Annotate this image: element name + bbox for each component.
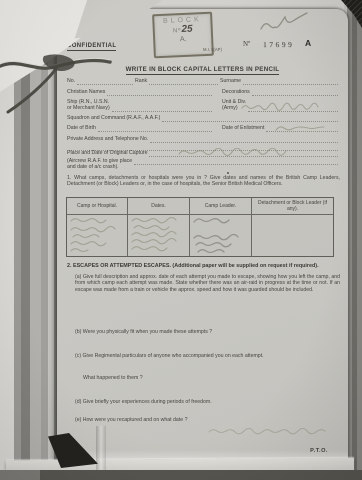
table-cell-camp [67, 215, 128, 256]
string-tie [0, 42, 112, 122]
stamp-line3: A. [155, 35, 211, 44]
field-label-surname: Surname [220, 79, 241, 85]
pencil-handwriting [240, 102, 336, 112]
pencil-handwriting [130, 216, 187, 254]
field-row-address: Private Address and Telephone No. [67, 137, 340, 143]
pencil-handwriting [177, 148, 297, 157]
field-label-capture-1: Place and Date of Original Capture [67, 151, 147, 157]
dotted-line [149, 79, 218, 85]
field-row-capture-1: Place and Date of Original Capture [67, 151, 340, 157]
question-2a-text: (a) Give full description and approx. da… [75, 274, 340, 293]
field-label-enlistment: Date of Enlistment [222, 126, 264, 132]
stamp-block-number: 25 [181, 24, 193, 35]
scanned-pow-form-photo: BLOCK Nº25 A. CONFIDENTIAL M.I. 9(AP) Nº… [0, 0, 362, 480]
dotted-line [162, 116, 338, 122]
table-header-detachment: Detachment or Block Leader (if any). [252, 198, 333, 215]
dotted-line [112, 106, 212, 112]
question-2b-text: (b) Were you physically fit when you mad… [75, 329, 340, 335]
question-2e-text: (e) How were you recaptured and on what … [75, 417, 340, 423]
background-bottom-band [0, 470, 362, 480]
dotted-line [98, 126, 212, 132]
field-label-unit-2: (Army) [222, 105, 238, 111]
pencil-handwriting [69, 216, 125, 254]
dotted-line [107, 90, 212, 96]
field-label-dob: Date of Birth [67, 126, 96, 132]
table-header-leader: Camp Leader. [190, 198, 252, 215]
question-2c-text: (c) Give Regimental particulars of anyon… [75, 353, 340, 359]
field-label-capture-3: and date of a/c crash). [67, 165, 119, 171]
pencil-handwriting [207, 426, 337, 436]
dotted-line [150, 137, 338, 143]
serial-number: 17699 [263, 40, 294, 49]
question-2-heading: 2. ESCAPES OR ATTEMPTED ESCAPES. (Additi… [67, 263, 340, 269]
question-2c-followup-text: What happened to them ? [83, 375, 340, 381]
pencil-mark-nl [257, 7, 321, 37]
table-cell-dates [128, 215, 190, 256]
question-2d-text: (d) Give briefly your experiences during… [75, 399, 340, 405]
field-label-decorations: Decorations [222, 90, 250, 96]
serial-no-label: Nº [243, 40, 250, 48]
field-row-capture-3: and date of a/c crash). [67, 165, 340, 171]
field-label-rank: Rank [135, 79, 147, 85]
question-1-text: 1. What camps, detachments or hospitals … [67, 175, 340, 188]
pencil-handwriting [192, 216, 249, 254]
ink-speck [227, 172, 229, 174]
pencil-handwriting [274, 124, 326, 133]
field-label-address: Private Address and Telephone No. [67, 137, 148, 143]
form-reference: M.I. 9(AP) [203, 47, 222, 52]
table-cell-detachment [252, 215, 333, 256]
camps-table: Camp or Hospital. Dates. Camp Leader. De… [66, 197, 334, 257]
series-letter: A [305, 38, 311, 48]
dotted-line [252, 90, 338, 96]
field-row-dob-enlistment: Date of Birth Date of Enlistment [67, 126, 340, 132]
table-cell-leader [190, 215, 252, 256]
paper-crease [96, 426, 106, 470]
pto-label: P.T.O. [310, 448, 328, 454]
table-header-dates: Dates. [128, 198, 190, 215]
table-header-camp: Camp or Hospital. [67, 198, 128, 215]
dotted-line [243, 79, 338, 85]
stamp-no-prefix: Nº [173, 28, 182, 34]
